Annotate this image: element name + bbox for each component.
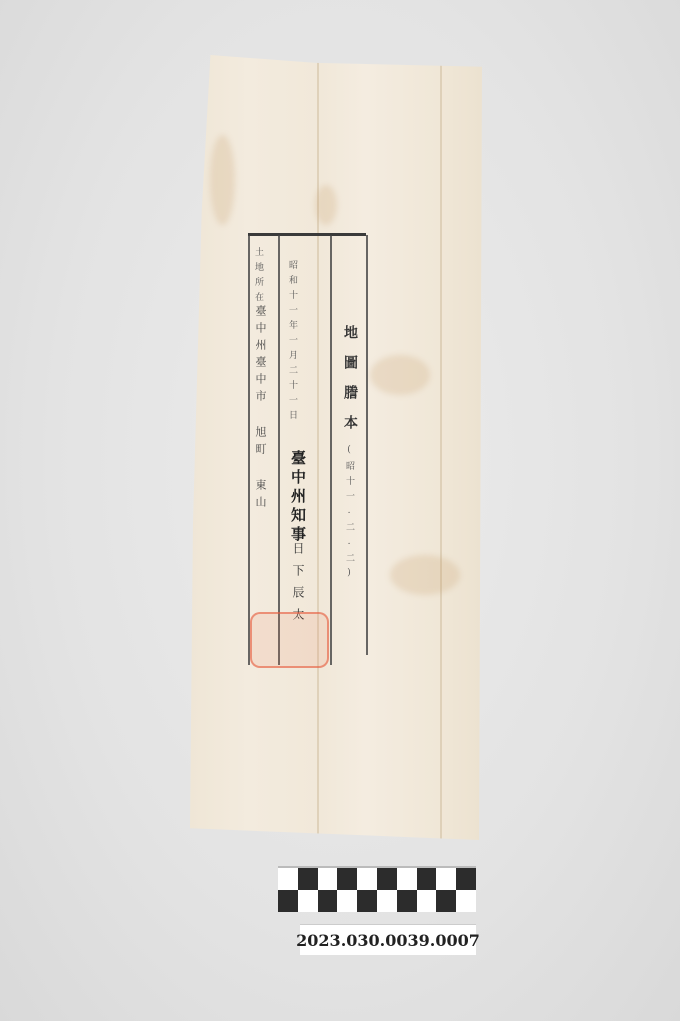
address-label: 土地所在 <box>252 247 265 307</box>
frame-line <box>248 235 250 665</box>
stain <box>370 355 430 395</box>
stain <box>315 185 337 225</box>
date: 昭和十一年一月二十一日 <box>286 260 299 425</box>
address: 臺中州臺中市 旭町 東山 <box>252 305 268 513</box>
title-note: (昭十一.二.二) <box>343 445 356 584</box>
frame-line <box>330 235 332 665</box>
catalog-number: 2023.030.0039.0007 <box>300 924 476 955</box>
fold-line <box>440 55 442 840</box>
stain <box>210 135 235 225</box>
scale-bar <box>278 866 476 912</box>
official-seal <box>250 612 329 668</box>
document-title: 地圖謄本 <box>340 325 360 445</box>
document-paper: 土地所在 臺中州臺中市 旭町 東山 昭和十一年一月二十一日 臺中州知事 日下辰太… <box>190 55 482 840</box>
stain <box>390 555 460 595</box>
issuer: 臺中州知事 <box>288 450 309 545</box>
frame-line <box>278 235 280 665</box>
frame-line <box>366 235 368 655</box>
